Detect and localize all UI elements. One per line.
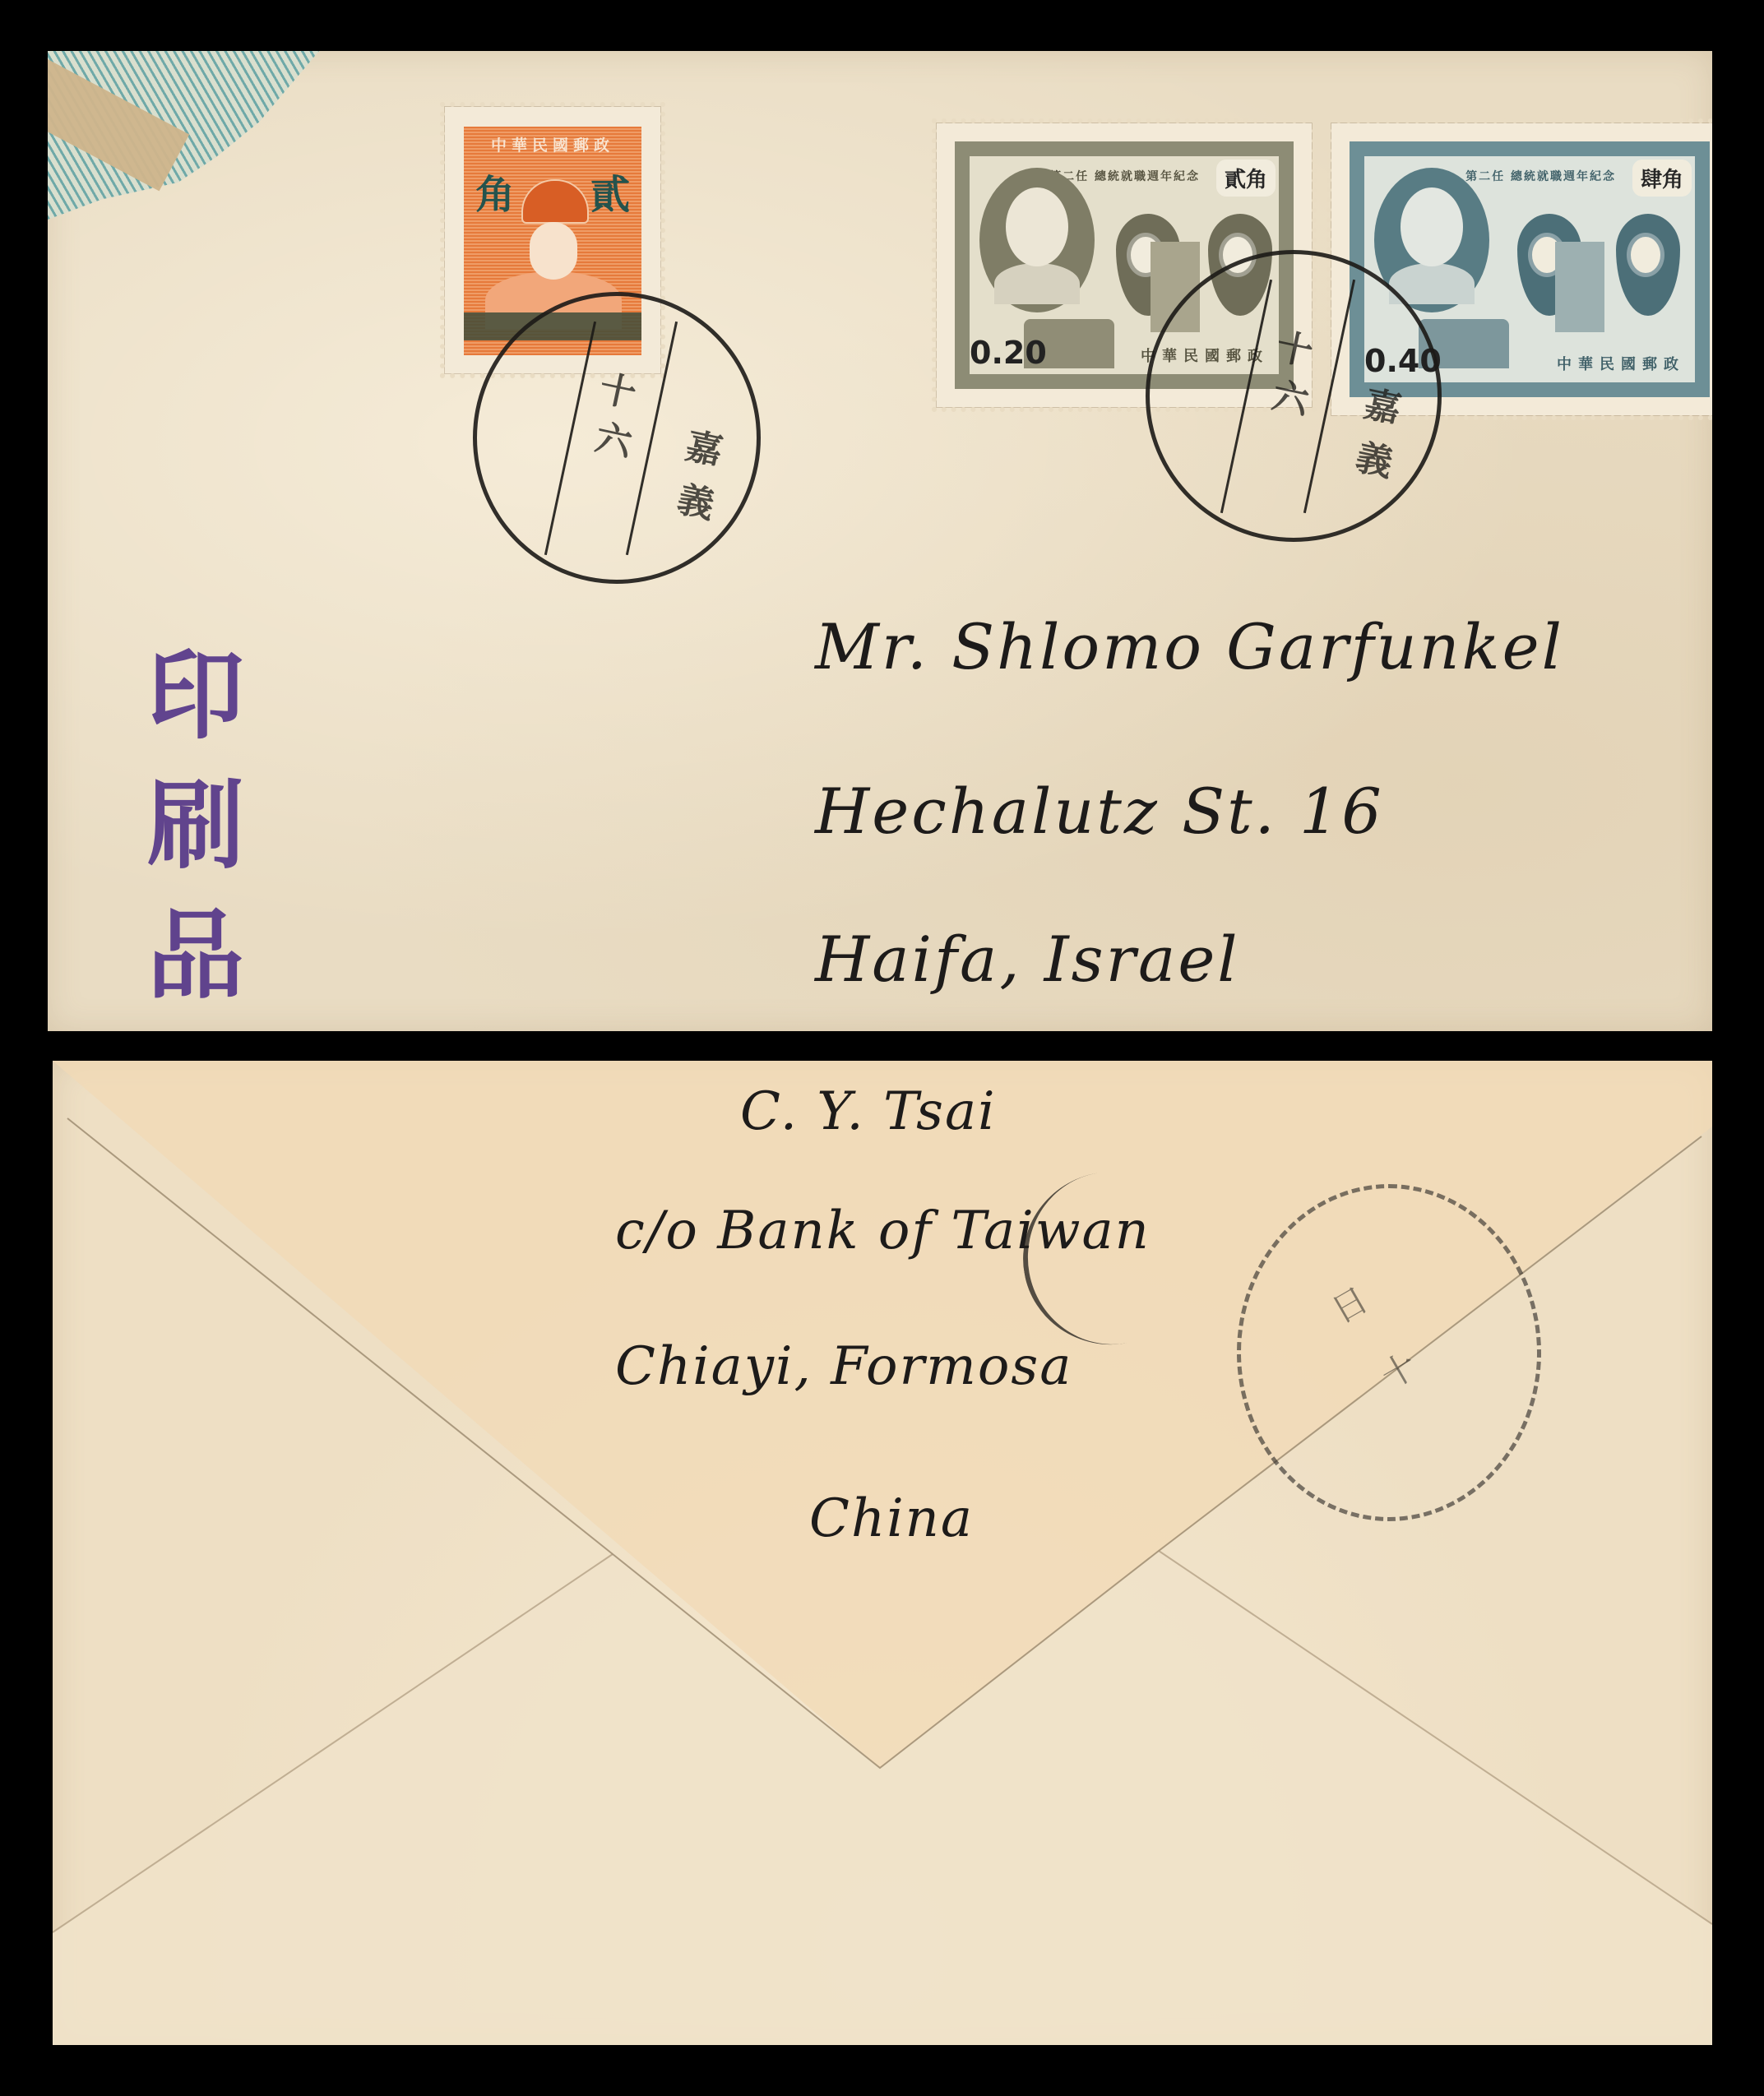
sender-country: China [809,1488,974,1549]
postmark-char: 義 [674,470,720,529]
handstamp-char: 刷 [134,761,257,891]
stamp-header-text: 中華民國郵政 [464,133,641,155]
postmark-char: 日 [1322,1274,1376,1334]
stamp-denomination: 0.20 [970,335,1047,371]
postmark-char: 十 [1371,1339,1425,1400]
stamp-title: 第二任 總統就職週年紀念 [1049,168,1200,184]
recipient-name: Mr. Shlomo Garfunkel [815,610,1564,683]
envelope-back: C. Y. Tsai c/o Bank of Taiwan Chiayi, Fo… [53,1061,1712,2045]
flag-icon [1616,214,1680,316]
portrait-icon [979,168,1095,312]
printed-matter-handstamp: 印 刷 品 [134,631,257,1020]
banner-icon [1555,242,1604,332]
sender-name: C. Y. Tsai [740,1081,997,1142]
handstamp-char: 印 [134,631,257,761]
recipient-street: Hechalutz St. 16 [815,775,1384,848]
handstamp-char: 品 [134,891,257,1020]
stamp-title: 第二任 總統就職週年紀念 [1465,168,1616,184]
overprint-char-right: 貳 [590,163,630,220]
recipient-city: Haifa, Israel [815,923,1240,996]
envelope-front: 中華民國郵政 角 貳 第二任 總統就職週年紀念 貳角 0.20 中華民國郵政 [48,51,1712,1031]
postmark-char: 六 [591,408,637,467]
stamp-value-box: 貳角 [1216,160,1276,197]
sender-city: Chiayi, Formosa [615,1336,1072,1397]
postmark-char: 六 [1268,366,1314,425]
stamp-country: 中華民國郵政 [1557,353,1685,374]
postmark-char: 義 [1352,428,1398,487]
portrait-icon [518,179,589,286]
postmark-char: 嘉 [682,416,728,475]
postmark-char: 嘉 [1360,374,1406,433]
stamp-value-box: 肆角 [1632,160,1692,197]
postmark-left: 嘉 義 十 六 [473,292,761,584]
postmark-right: 嘉 義 十 六 [1146,250,1442,542]
overprint-char-left: 角 [475,163,515,220]
dashed-circle-cancel: 十 日 [1237,1184,1541,1521]
